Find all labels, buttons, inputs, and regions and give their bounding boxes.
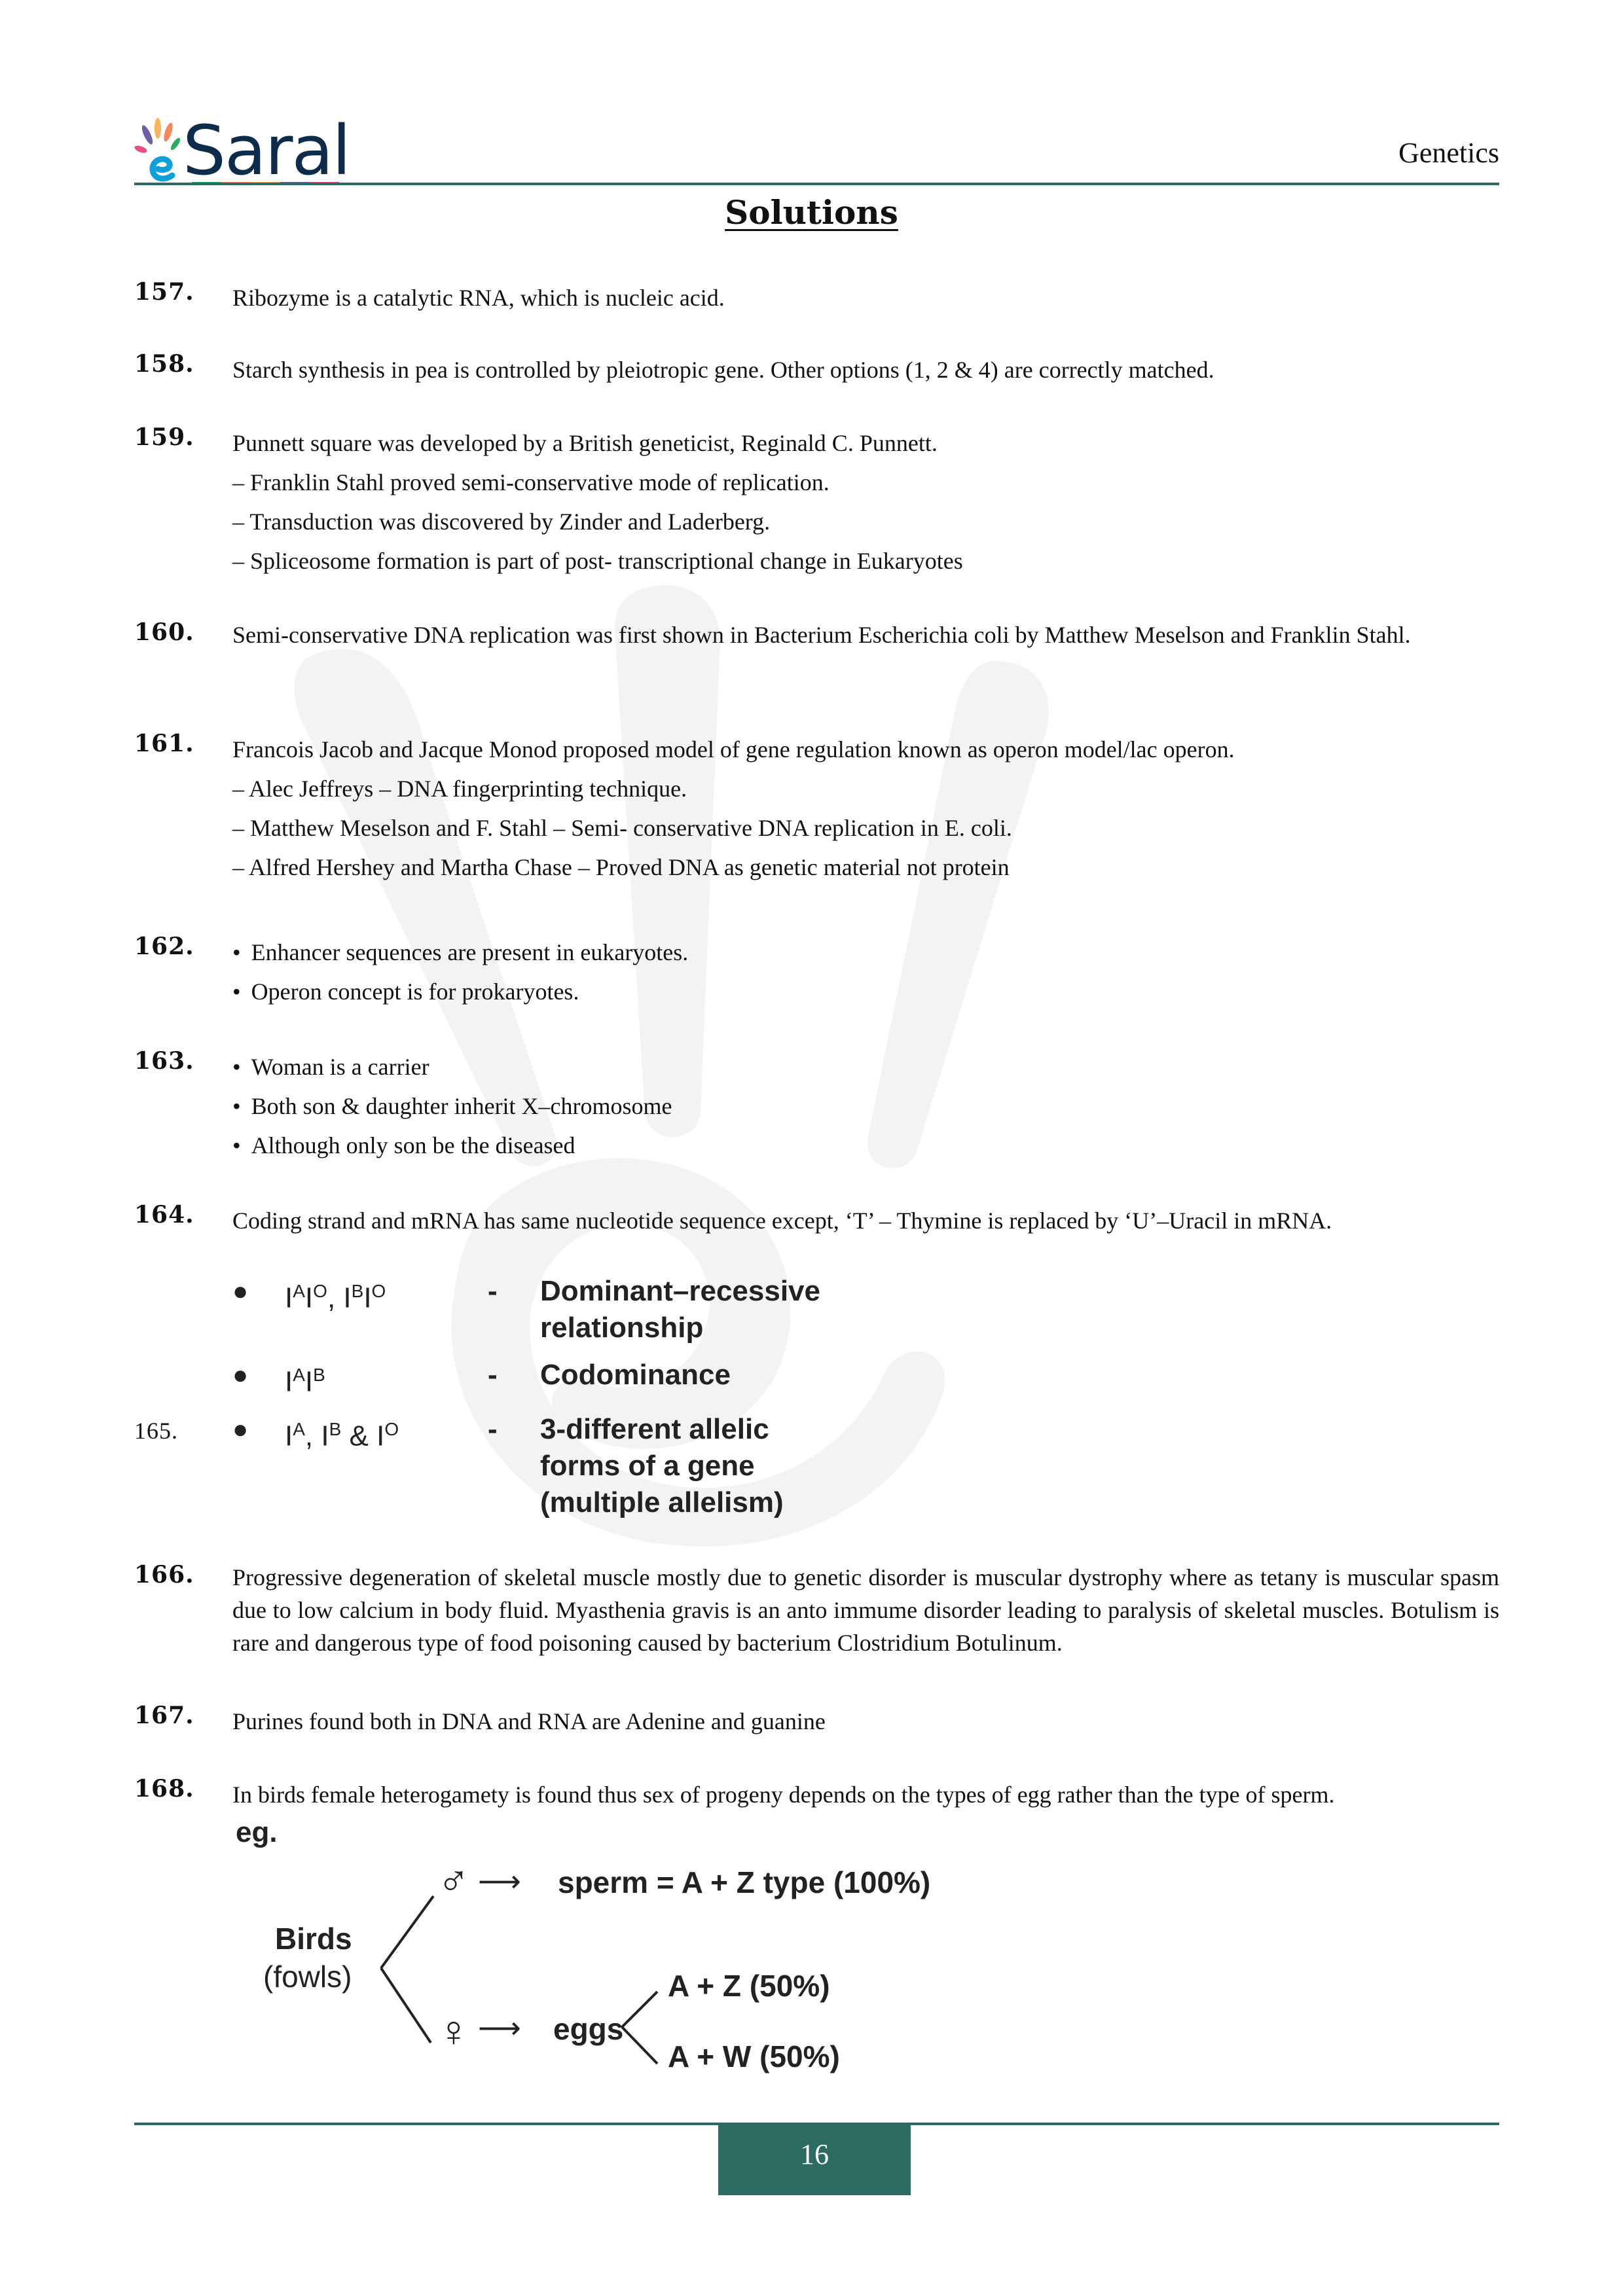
question-number: 168. bbox=[134, 1775, 194, 1803]
solution-subpoint: – Alec Jeffreys – DNA fingerprinting tec… bbox=[232, 769, 1499, 808]
relationship: Codominance bbox=[540, 1357, 841, 1401]
question-number: 160. bbox=[134, 619, 194, 646]
allele-relationship-table: ● IAIO, IBIO - Dominant–recessive relati… bbox=[232, 1273, 841, 1532]
solution-bullet: Although only son be the diseased bbox=[232, 1126, 1499, 1165]
allele-row: ● IAIB - Codominance bbox=[232, 1357, 841, 1401]
example-label: eg. bbox=[236, 1816, 278, 1849]
question-number: 164. bbox=[134, 1201, 194, 1229]
bullet-icon: ● bbox=[232, 1273, 285, 1346]
esaral-logo: Saral bbox=[134, 118, 350, 183]
birds-label: Birds bbox=[275, 1921, 352, 1956]
genotype: IAIO, IBIO bbox=[285, 1273, 488, 1346]
solution-text: Coding strand and mRNA has same nucleoti… bbox=[232, 1201, 1499, 1240]
separator: - bbox=[488, 1357, 540, 1401]
question-number: 157. bbox=[134, 278, 194, 306]
separator: - bbox=[488, 1273, 540, 1346]
solution-bullet: Woman is a carrier bbox=[232, 1047, 1499, 1086]
arrow-icon: ⟶ bbox=[478, 2010, 521, 2045]
arrow-icon: ⟶ bbox=[478, 1863, 521, 1899]
egg-type-aw: A + W (50%) bbox=[668, 2039, 840, 2074]
bullet-icon: ● bbox=[232, 1411, 285, 1521]
page-header: Saral Genetics bbox=[134, 118, 1499, 190]
solution-text: Francois Jacob and Jacque Monod proposed… bbox=[232, 730, 1499, 769]
egg-type-az: A + Z (50%) bbox=[668, 1968, 830, 2003]
header-divider bbox=[134, 183, 1499, 185]
question-number: 159. bbox=[134, 423, 194, 451]
genotype: IA, IB & IO bbox=[285, 1411, 488, 1521]
fowls-label: (fowls) bbox=[263, 1959, 352, 1994]
solution-text: Punnett square was developed by a Britis… bbox=[232, 423, 1499, 463]
solution-subpoint: – Matthew Meselson and F. Stahl – Semi- … bbox=[232, 808, 1499, 848]
page-number: 16 bbox=[718, 2125, 911, 2195]
solution-subpoint: – Transduction was discovered by Zinder … bbox=[232, 502, 1499, 541]
relationship: Dominant–recessive relationship bbox=[540, 1273, 841, 1346]
question-number: 163. bbox=[134, 1047, 194, 1075]
question-number: 162. bbox=[134, 933, 194, 960]
eggs-label: eggs bbox=[553, 2011, 623, 2047]
solution-subpoint: – Franklin Stahl proved semi-conservativ… bbox=[232, 463, 1499, 502]
relationship: 3-different allelic forms of a gene (mul… bbox=[540, 1411, 841, 1521]
question-number: 161. bbox=[134, 730, 194, 757]
allele-row: ● IA, IB & IO - 3-different allelic form… bbox=[232, 1411, 841, 1521]
solution-bullet: Operon concept is for prokaryotes. bbox=[232, 972, 1499, 1011]
solution-subpoint: – Spliceosome formation is part of post-… bbox=[232, 541, 1499, 581]
solution-text: Ribozyme is a catalytic RNA, which is nu… bbox=[232, 278, 1499, 317]
male-symbol-icon: ♂ bbox=[437, 1856, 470, 1905]
page-title: Solutions bbox=[0, 193, 1623, 232]
female-symbol-icon: ♀ bbox=[437, 2006, 470, 2056]
solution-text: Semi-conservative DNA replication was fi… bbox=[232, 619, 1499, 651]
question-number: 166. bbox=[134, 1561, 194, 1588]
solution-bullet: Enhancer sequences are present in eukary… bbox=[232, 933, 1499, 972]
brand-name: Saral bbox=[183, 118, 350, 183]
solution-text: Purines found both in DNA and RNA are Ad… bbox=[232, 1702, 1499, 1741]
solution-bullet: Both son & daughter inherit X–chromosome bbox=[232, 1086, 1499, 1126]
allele-row: ● IAIO, IBIO - Dominant–recessive relati… bbox=[232, 1273, 841, 1346]
solution-text: Starch synthesis in pea is controlled by… bbox=[232, 350, 1499, 389]
question-number: 167. bbox=[134, 1702, 194, 1729]
question-number: 158. bbox=[134, 350, 194, 378]
question-number: 165. bbox=[134, 1417, 178, 1444]
sperm-result: sperm = A + Z type (100%) bbox=[558, 1865, 930, 1900]
esaral-hand-e-icon bbox=[134, 118, 187, 183]
solution-text: Progressive degeneration of skeletal mus… bbox=[232, 1561, 1499, 1659]
solution-text: In birds female heterogamety is found th… bbox=[232, 1775, 1499, 1814]
bird-sex-determination-diagram: eg. Birds (fowls) ♂ ⟶ sperm = A + Z type… bbox=[223, 1816, 1074, 2091]
solution-subpoint: – Alfred Hershey and Martha Chase – Prov… bbox=[232, 848, 1499, 887]
bullet-icon: ● bbox=[232, 1357, 285, 1401]
separator: - bbox=[488, 1411, 540, 1521]
genotype: IAIB bbox=[285, 1357, 488, 1401]
chapter-subject: Genetics bbox=[1398, 136, 1499, 170]
